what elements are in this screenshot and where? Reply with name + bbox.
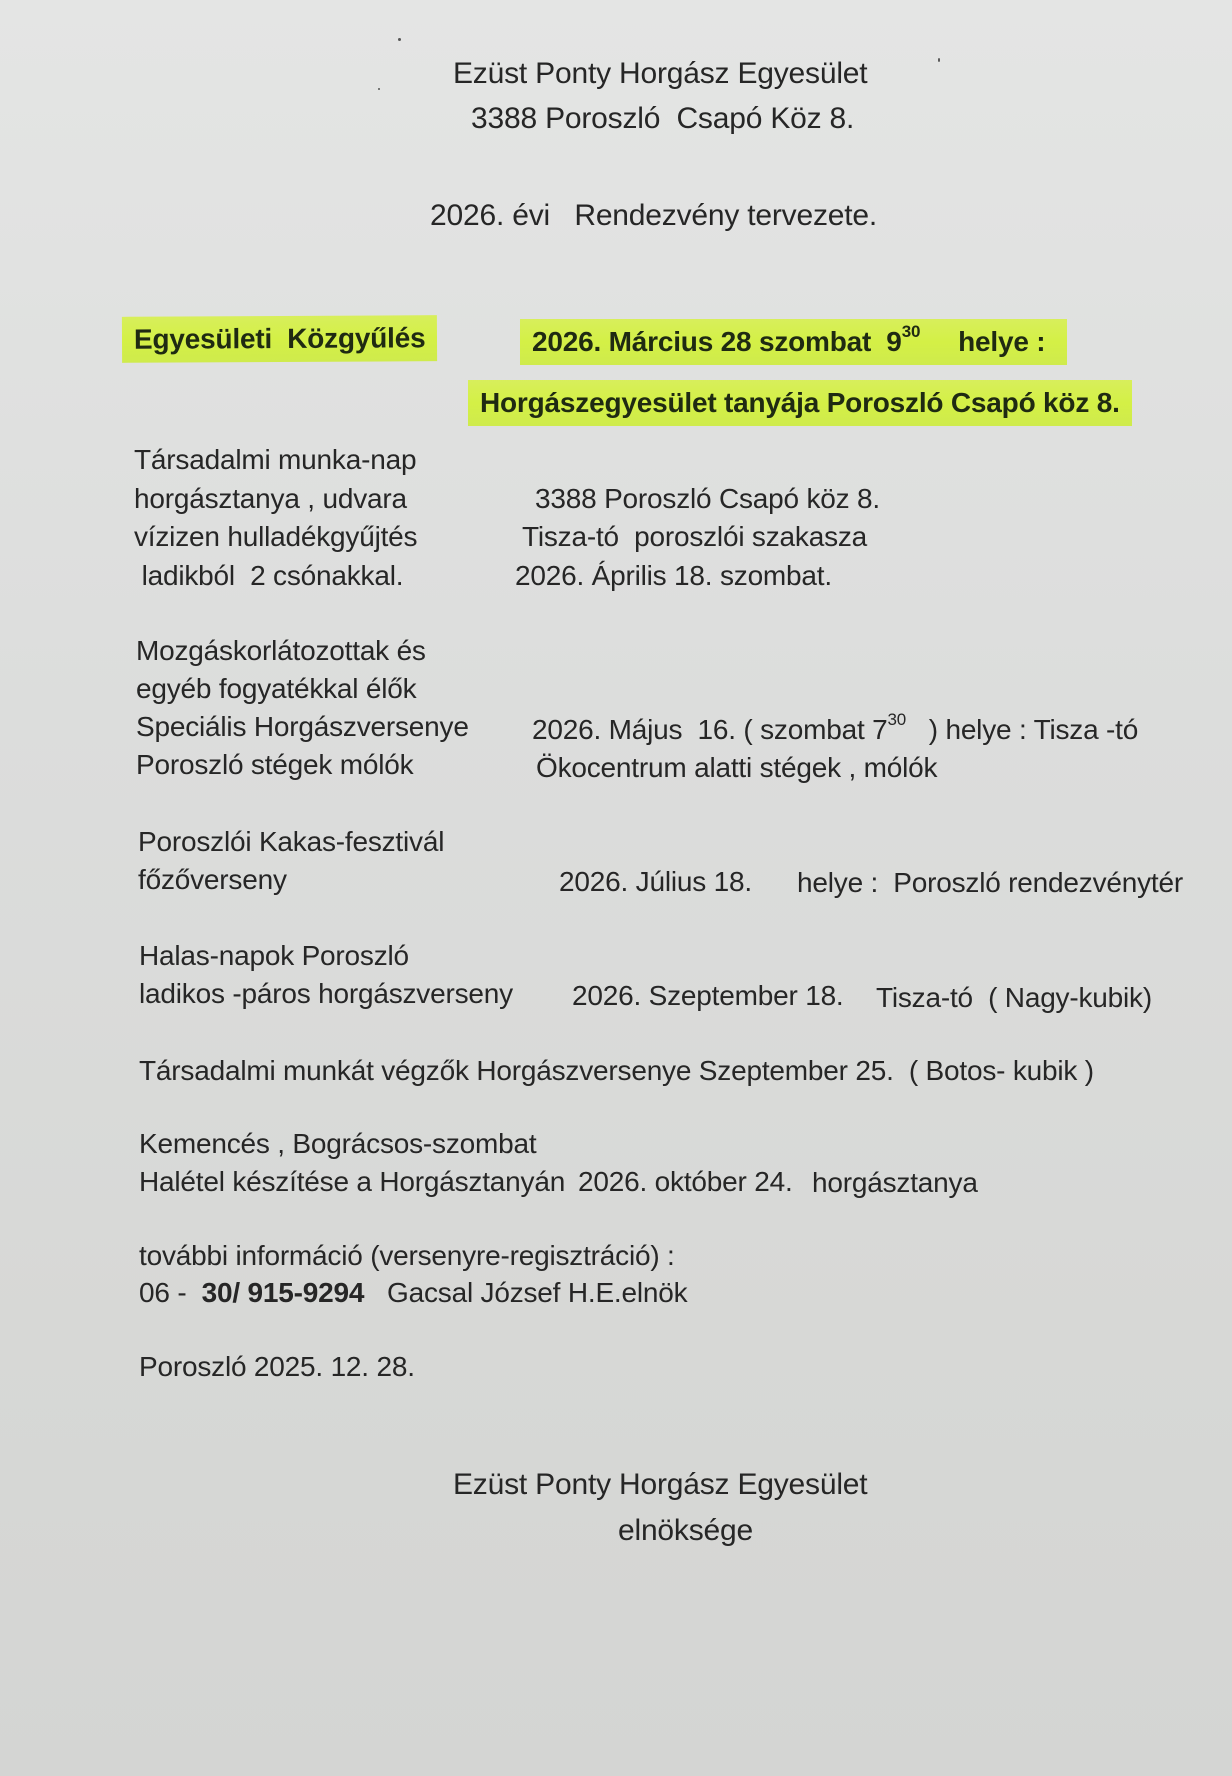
event-time-superscript: 30: [902, 322, 921, 341]
event-name-text: Egyesületi Közgyűlés: [134, 322, 426, 355]
event-cauldron-place: horgásztanya: [812, 1164, 978, 1202]
event-place-text: ) helye : Tisza -tó: [906, 714, 1138, 745]
event-cauldron-date: 2026. október 24.: [578, 1163, 793, 1201]
paper-speck: [398, 38, 401, 41]
event-workday-name-line: ladikból 2 csónakkal.: [134, 557, 403, 595]
event-general-assembly-date: 2026. Március 28 szombat 930 helye :: [520, 319, 1067, 365]
event-general-assembly-name: Egyesületi Közgyűlés: [122, 315, 438, 363]
event-date-text: 2026. Március 28 szombat 9: [532, 326, 902, 357]
document-title: 2026. évi Rendezvény tervezete.: [430, 197, 877, 235]
contact-info-label: további információ (versenyre-regisztrác…: [139, 1237, 675, 1275]
event-festival-date: 2026. Július 18.: [559, 863, 752, 901]
signature-org: Ezüst Ponty Horgász Egyesület: [453, 1466, 867, 1504]
contact-line: 06 - 30/ 915-9294 Gacsal József H.E.elnö…: [139, 1274, 687, 1312]
contact-person: Gacsal József H.E.elnök: [387, 1277, 687, 1308]
org-address: 3388 Poroszló Csapó Köz 8.: [471, 100, 854, 138]
event-fishdays-place: Tisza-tó ( Nagy-kubik): [876, 979, 1152, 1017]
event-special-name-line: Poroszló stégek mólók: [136, 746, 413, 784]
event-workday-name-line: vízizen hulladékgyűjtés: [134, 518, 417, 556]
event-workday-detail-line: Tisza-tó poroszlói szakasza: [522, 518, 867, 556]
event-fishdays-date: 2026. Szeptember 18.: [572, 977, 844, 1015]
event-workday-name-line: horgásztanya , udvara: [134, 480, 407, 518]
phone-number: 30/ 915-9294: [202, 1277, 365, 1308]
org-name: Ezüst Ponty Horgász Egyesület: [453, 55, 867, 93]
event-festival-place: helye : Poroszló rendezvénytér: [797, 864, 1183, 902]
event-special-name-line: Mozgáskorlátozottak és: [136, 632, 426, 670]
event-cauldron-name-line: Halétel készítése a Horgásztanyán: [139, 1163, 565, 1201]
signature-role: elnöksége: [618, 1512, 753, 1550]
paper-speck: [938, 58, 940, 62]
event-fishdays-name-line: Halas-napok Poroszló: [139, 937, 409, 975]
event-special-name-line: egyéb fogyatékkal élők: [136, 670, 416, 708]
phone-prefix: 06 -: [139, 1277, 194, 1308]
event-workday-detail-line: 2026. Április 18. szombat.: [515, 557, 832, 595]
paper-speck: [378, 88, 380, 90]
event-special-name-line: Speciális Horgászversenye: [136, 708, 469, 746]
event-workday-name-line: Társadalmi munka-nap: [134, 441, 416, 479]
event-workday-detail-line: 3388 Poroszló Csapó köz 8.: [535, 480, 880, 518]
event-general-assembly-place: Horgászegyesület tanyája Poroszló Csapó …: [468, 380, 1132, 426]
event-special-place: Ökocentrum alatti stégek , mólók: [536, 749, 937, 787]
event-festival-name-line: Poroszlói Kakas-fesztivál: [138, 823, 444, 861]
event-cauldron-name-line: Kemencés , Bográcsos-szombat: [139, 1125, 536, 1163]
event-fishdays-name-line: ladikos -páros horgászverseny: [139, 975, 513, 1013]
place-and-date: Poroszló 2025. 12. 28.: [139, 1348, 415, 1386]
event-place-label: helye :: [958, 326, 1045, 357]
event-festival-name-line: főzőverseny: [138, 861, 287, 899]
document-page: Ezüst Ponty Horgász Egyesület 3388 Poros…: [0, 0, 1232, 1776]
event-date-text: 2026. Május 16. ( szombat 7: [532, 714, 887, 745]
event-special-date: 2026. Május 16. ( szombat 730 ) helye : …: [532, 711, 1138, 749]
event-volunteers-line: Társadalmi munkát végzők Horgászversenye…: [139, 1052, 1094, 1090]
event-time-superscript: 30: [887, 710, 906, 729]
